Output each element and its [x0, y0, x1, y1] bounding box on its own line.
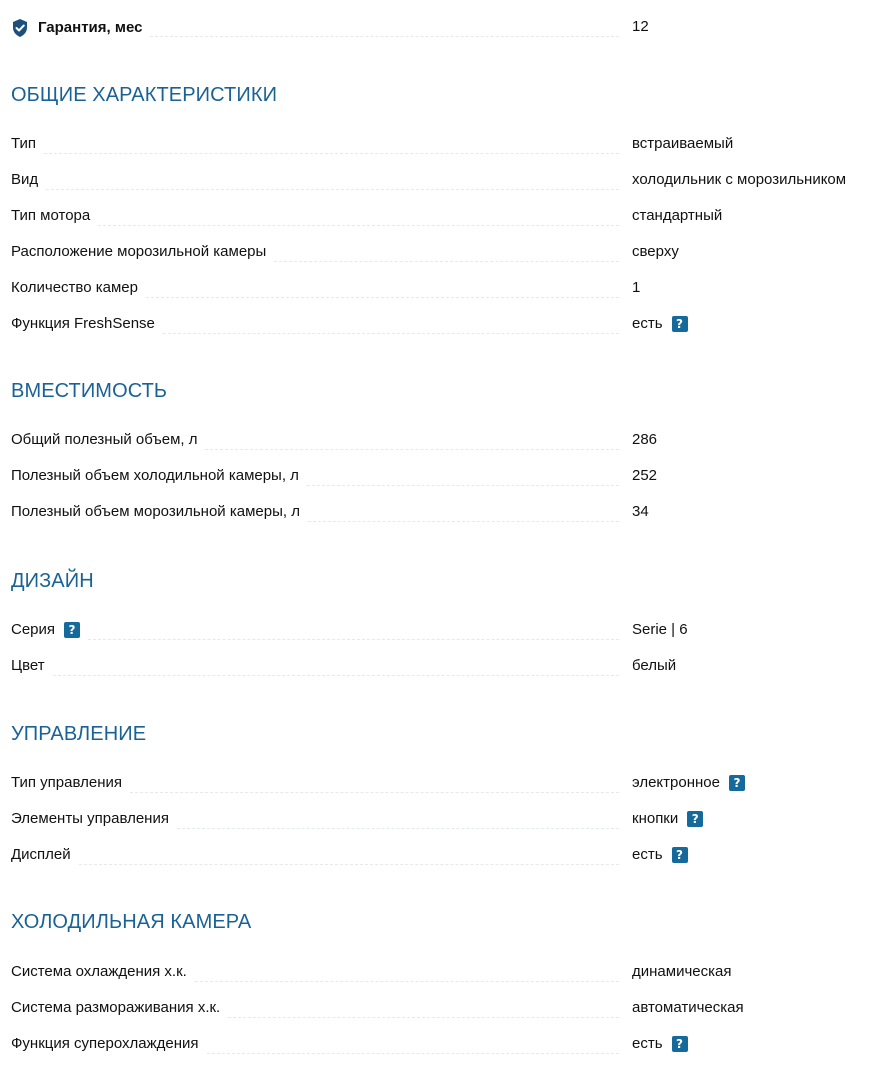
leader-dots [163, 315, 619, 334]
spec-row: Расположение морозильной камерысверху [11, 243, 876, 267]
spec-value: динамическая [632, 963, 731, 981]
spec-label: Функция FreshSense [11, 315, 155, 333]
spec-row: Тип моторастандартный [11, 207, 876, 231]
row-label-wrap: Цвет [11, 657, 621, 681]
row-label-wrap: Вид [11, 171, 621, 195]
help-icon[interactable]: ? [672, 316, 688, 332]
row-label-wrap: Тип мотора [11, 207, 621, 231]
row-label: Вид [11, 171, 46, 189]
spec-row: Цветбелый [11, 657, 876, 681]
row-label: Элементы управления [11, 810, 177, 828]
spec-row: Элементы управлениякнопки? [11, 810, 876, 834]
row-label-wrap: Тип [11, 135, 621, 159]
help-icon[interactable]: ? [672, 847, 688, 863]
spec-value: 34 [632, 503, 649, 521]
row-label-wrap: Система размораживания х.к. [11, 999, 621, 1023]
leader-dots [177, 810, 619, 829]
row-value: белый [632, 657, 676, 675]
row-label: Дисплей [11, 846, 79, 864]
spec-row: Видхолодильник с морозильником [11, 171, 876, 195]
spec-value: 1 [632, 279, 640, 297]
row-value: стандартный [632, 207, 722, 225]
shield-check-icon [11, 18, 29, 38]
row-label-wrap: Функция суперохлаждения [11, 1035, 621, 1059]
row-value: Serie | 6 [632, 621, 688, 639]
row-label-wrap: Серия? [11, 621, 621, 645]
spec-value: стандартный [632, 207, 722, 225]
row-label-wrap: Дисплей [11, 846, 621, 870]
section-title: УПРАВЛЕНИЕ [11, 722, 146, 746]
leader-dots [308, 503, 619, 522]
spec-label: Количество камер [11, 279, 138, 297]
row-label: Количество камер [11, 279, 146, 297]
row-value: электронное? [632, 774, 745, 792]
row-label-wrap: Система охлаждения х.к. [11, 963, 621, 987]
warranty-label: Гарантия, мес [38, 19, 142, 37]
spec-label: Расположение морозильной камеры [11, 243, 266, 261]
row-label-wrap: Гарантия, мес [11, 18, 621, 42]
row-label: Расположение морозильной камеры [11, 243, 274, 261]
spec-value: 286 [632, 431, 657, 449]
spec-label: Вид [11, 171, 38, 189]
spec-label: Система размораживания х.к. [11, 999, 220, 1017]
spec-row: Полезный объем морозильной камеры, л34 [11, 503, 876, 527]
section-title: ДИЗАЙН [11, 569, 94, 593]
spec-row: Полезный объем холодильной камеры, л252 [11, 467, 876, 491]
leader-dots [53, 657, 619, 676]
help-icon[interactable]: ? [729, 775, 745, 791]
spec-row: Функция суперохлажденияесть? [11, 1035, 876, 1059]
leader-dots [98, 207, 619, 226]
spec-value: есть [632, 846, 663, 864]
row-value: сверху [632, 243, 679, 261]
spec-value: электронное [632, 774, 720, 792]
help-icon[interactable]: ? [672, 1036, 688, 1052]
row-label: Функция FreshSense [11, 315, 163, 333]
leader-dots [130, 774, 619, 793]
spec-label: Полезный объем морозильной камеры, л [11, 503, 300, 521]
spec-label: Система охлаждения х.к. [11, 963, 187, 981]
row-value: динамическая [632, 963, 731, 981]
spec-value: есть [632, 315, 663, 333]
row-value: автоматическая [632, 999, 744, 1017]
warranty-value: 12 [632, 18, 649, 36]
spec-value: сверху [632, 243, 679, 261]
spec-label: Общий полезный объем, л [11, 431, 197, 449]
section-title: ВМЕСТИМОСТЬ [11, 379, 167, 403]
warranty-row: Гарантия, мес 12 [11, 18, 876, 42]
row-label: Система охлаждения х.к. [11, 963, 195, 981]
row-value: 286 [632, 431, 657, 449]
spec-value: Serie | 6 [632, 621, 688, 639]
help-icon[interactable]: ? [64, 622, 80, 638]
row-value: кнопки? [632, 810, 703, 828]
leader-dots [79, 846, 619, 865]
spec-row: Система охлаждения х.к.динамическая [11, 963, 876, 987]
row-label: Тип мотора [11, 207, 98, 225]
row-label: Полезный объем морозильной камеры, л [11, 503, 308, 521]
leader-dots [207, 1035, 620, 1054]
spec-value: 252 [632, 467, 657, 485]
spec-value: кнопки [632, 810, 678, 828]
spec-value: белый [632, 657, 676, 675]
leader-dots [195, 963, 619, 982]
spec-row: Типвстраиваемый [11, 135, 876, 159]
spec-row: Количество камер1 [11, 279, 876, 303]
spec-value: встраиваемый [632, 135, 733, 153]
row-label: Тип [11, 135, 44, 153]
row-value: есть? [632, 1035, 688, 1053]
spec-row: Тип управленияэлектронное? [11, 774, 876, 798]
row-label-wrap: Общий полезный объем, л [11, 431, 621, 455]
row-label: Система размораживания х.к. [11, 999, 228, 1017]
leader-dots [88, 621, 619, 640]
row-label-wrap: Тип управления [11, 774, 621, 798]
row-label-wrap: Полезный объем морозильной камеры, л [11, 503, 621, 527]
row-label: Гарантия, мес [11, 18, 150, 38]
spec-label: Цвет [11, 657, 45, 675]
row-value: есть? [632, 315, 688, 333]
row-label-wrap: Элементы управления [11, 810, 621, 834]
spec-row: Серия?Serie | 6 [11, 621, 876, 645]
spec-row: Система размораживания х.к.автоматическа… [11, 999, 876, 1023]
row-label: Цвет [11, 657, 53, 675]
row-label: Тип управления [11, 774, 130, 792]
spec-label: Тип [11, 135, 36, 153]
row-label-wrap: Количество камер [11, 279, 621, 303]
section-title: ОБЩИЕ ХАРАКТЕРИСТИКИ [11, 83, 277, 107]
spec-label: Функция суперохлаждения [11, 1035, 199, 1053]
spec-value: есть [632, 1035, 663, 1053]
row-value: 252 [632, 467, 657, 485]
spec-label: Элементы управления [11, 810, 169, 828]
row-value: 34 [632, 503, 649, 521]
spec-label: Тип управления [11, 774, 122, 792]
spec-row: Функция FreshSenseесть? [11, 315, 876, 339]
row-label-wrap: Функция FreshSense [11, 315, 621, 339]
leader-dots [205, 431, 619, 450]
help-icon[interactable]: ? [687, 811, 703, 827]
spec-label: Тип мотора [11, 207, 90, 225]
spec-label: Серия [11, 621, 55, 639]
spec-label: Дисплей [11, 846, 71, 864]
spec-value: автоматическая [632, 999, 744, 1017]
row-value: 1 [632, 279, 640, 297]
leader-dots [46, 171, 619, 190]
row-label-wrap: Расположение морозильной камеры [11, 243, 621, 267]
spec-row: Общий полезный объем, л286 [11, 431, 876, 455]
row-label: Функция суперохлаждения [11, 1035, 207, 1053]
row-label: Полезный объем холодильной камеры, л [11, 467, 307, 485]
row-label-wrap: Полезный объем холодильной камеры, л [11, 467, 621, 491]
spec-value: холодильник с морозильником [632, 171, 846, 189]
leader-dots [228, 999, 619, 1018]
leader-dots [44, 135, 619, 154]
leader-dots [307, 467, 619, 486]
row-value: холодильник с морозильником [632, 171, 846, 189]
spec-label: Полезный объем холодильной камеры, л [11, 467, 299, 485]
row-label: Общий полезный объем, л [11, 431, 205, 449]
row-value: встраиваемый [632, 135, 733, 153]
leader-dots [274, 243, 619, 262]
row-label: Серия? [11, 621, 88, 639]
section-title: ХОЛОДИЛЬНАЯ КАМЕРА [11, 910, 251, 934]
leader-dots [146, 279, 619, 298]
spec-row: Дисплейесть? [11, 846, 876, 870]
row-value: есть? [632, 846, 688, 864]
leader-dots [150, 18, 619, 37]
